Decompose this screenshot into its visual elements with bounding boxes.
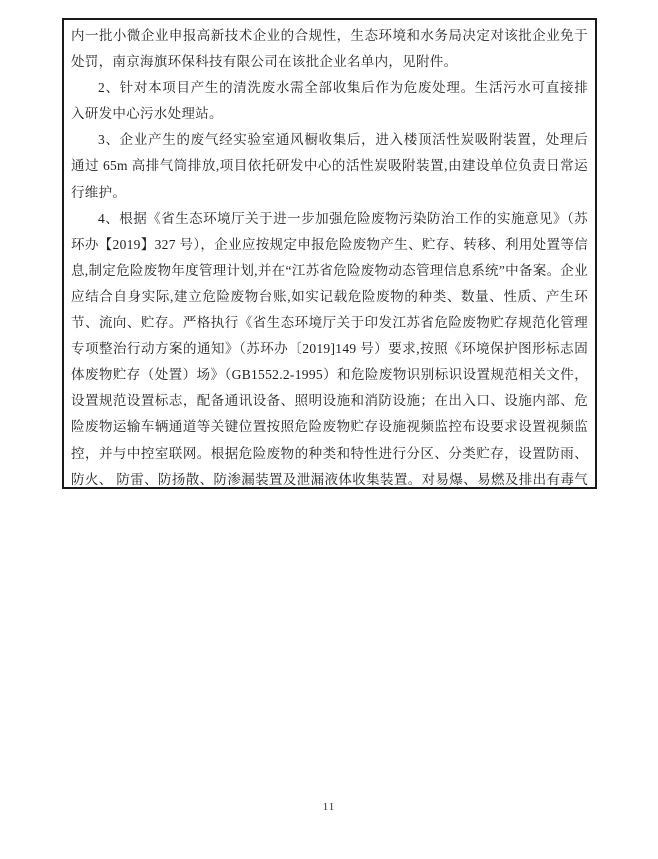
report-text-box: 内一批小微企业申报高新技术企业的合规性，生态环境和水务局决定对该批企业免于处罚，… [62,18,597,489]
paragraph-item-3: 3、企业产生的废气经实验室通风橱收集后，进入楼顶活性炭吸附装置，处理后通过 65… [71,127,588,205]
document-page: 内一批小微企业申报高新技术企业的合规性，生态环境和水务局决定对该批企业免于处罚，… [0,0,658,859]
paragraph-continuation: 内一批小微企业申报高新技术企业的合规性，生态环境和水务局决定对该批企业免于处罚，… [71,23,588,75]
paragraph-item-2: 2、针对本项目产生的清洗废水需全部收集后作为危废处理。生活污水可直接排入研发中心… [71,75,588,127]
paragraph-item-4: 4、根据《省生态环境厅关于进一步加强危险废物污染防治工作的实施意见》（苏环办【2… [71,206,588,489]
page-number: 11 [0,801,658,813]
